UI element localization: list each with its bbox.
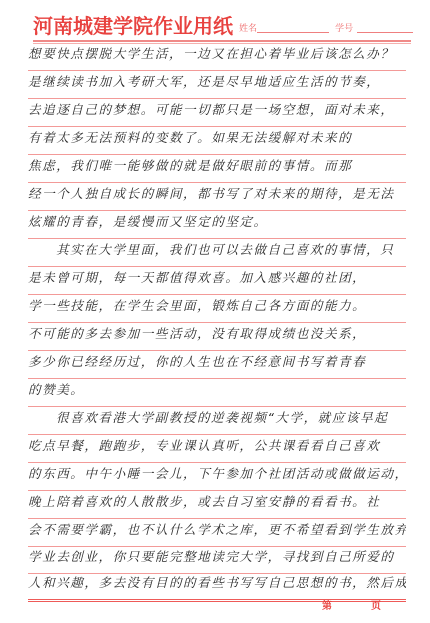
text-line: 想要快点摆脱大学生活，一边又在担心着毕业后该怎么办？ xyxy=(28,43,406,71)
ruled-writing-area: 想要快点摆脱大学生活，一边又在担心着毕业后该怎么办？ 是继续读书加入考研大军，还… xyxy=(0,0,430,623)
text-line: 是未曾可期，每一天都值得欢喜。加入感兴趣的社团， xyxy=(28,267,406,295)
text-line: 的东西。中午小睡一会儿，下午参加个社团活动或做做运动， xyxy=(28,463,406,491)
text-line: 的赞美。 xyxy=(28,379,406,407)
text-line: 有着太多无法预料的变数了。如果无法缓解对未来的 xyxy=(28,127,406,155)
paragraph-start-line: 很喜欢看港大学副教授的逆袭视频“大学，就应该早起 xyxy=(28,407,406,435)
page-prefix: 第 xyxy=(322,597,332,612)
text-line: 经一个人独自成长的瞬间，都书写了对未来的期待，是无法 xyxy=(28,183,406,211)
text-line: 学一些技能，在学生会里面，锻炼自己各方面的能力。 xyxy=(28,295,406,323)
page-footer: 第 页 xyxy=(0,597,430,617)
page-suffix: 页 xyxy=(371,597,381,612)
text-line: 会不需要学霸，也不认什么学术之库，更不希望看到学生放弃 xyxy=(28,519,406,547)
text-line: 学业去创业，你只要能完整地读完大学，寻找到自己所爱的 xyxy=(28,546,406,574)
text-line: 不可能的多去参加一些活动，没有取得成绩也没关系， xyxy=(28,323,406,351)
text-line: 炫耀的青春，是缓慢而又坚定的坚定。 xyxy=(28,211,406,239)
text-line: 是继续读书加入考研大军，还是尽早地适应生活的节奏， xyxy=(28,71,406,99)
text-line: 吃点早餐，跑跑步，专业课认真听，公共课看看自己喜欢 xyxy=(28,435,406,463)
text-line: 去追逐自己的梦想。可能一切都只是一场空想，面对未来， xyxy=(28,99,406,127)
paragraph-start-line: 其实在大学里面，我们也可以去做自己喜欢的事情，只 xyxy=(28,239,406,267)
text-line: 焦虑，我们唯一能够做的就是做好眼前的事情。而那 xyxy=(28,155,406,183)
text-line: 多少你已经经历过，你的人生也在不经意间书写着青春 xyxy=(28,351,406,379)
text-line: 晚上陪着喜欢的人散散步，或去自习室安静的看看书。社 xyxy=(28,491,406,519)
